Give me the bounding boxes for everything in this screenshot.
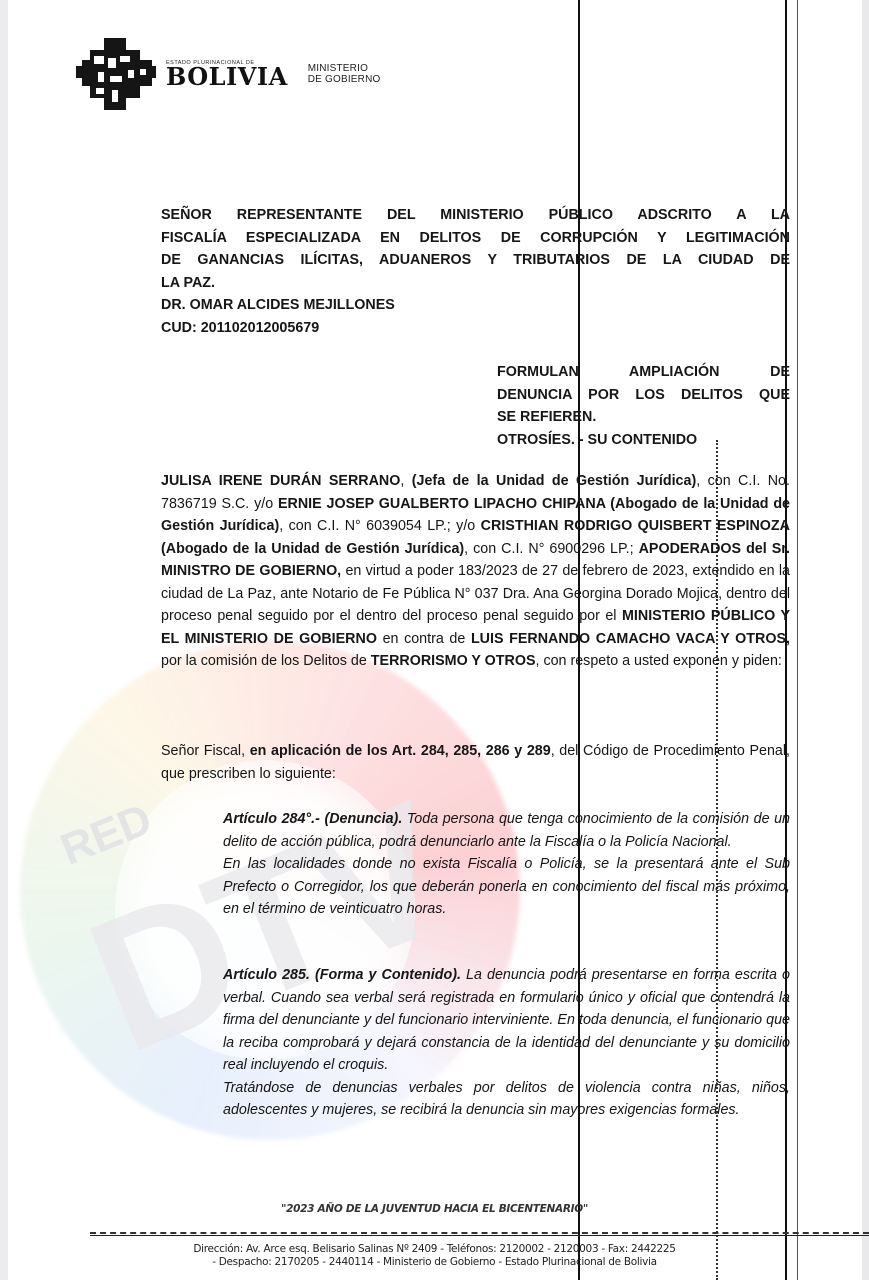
scan-border-left bbox=[0, 0, 8, 1280]
watermark-text-small: RED bbox=[54, 794, 159, 875]
complainants-paragraph: JULISA IRENE DURÁN SERRANO, (Jefa de la … bbox=[161, 470, 790, 673]
subject-summary: FORMULAN AMPLIACIÓN DE DENUNCIA POR LOS … bbox=[497, 361, 790, 451]
brand-title: BOLIVIA bbox=[166, 66, 288, 88]
addressee-line: SEÑOR REPRESENTANTE DEL MINISTERIO PÚBLI… bbox=[161, 204, 790, 227]
footer-address: Dirección: Av. Arce esq. Belisario Salin… bbox=[0, 1243, 869, 1269]
chakana-cross-icon bbox=[74, 36, 158, 112]
footer-divider bbox=[90, 1232, 869, 1234]
article-285-quote: Artículo 285. (Forma y Contenido). La de… bbox=[223, 964, 790, 1122]
legal-basis-paragraph: Señor Fiscal, en aplicación de los Art. … bbox=[161, 740, 790, 785]
article-title: Artículo 284°.- (Denuncia). bbox=[223, 811, 402, 827]
scan-border-right bbox=[862, 0, 869, 1280]
addressee-line: DE GANANCIAS ILÍCITAS, ADUANEROS Y TRIBU… bbox=[161, 249, 790, 272]
article-title: Artículo 285. (Forma y Contenido). bbox=[223, 967, 461, 983]
brand: ESTADO PLURINACIONAL DE BOLIVIA bbox=[166, 60, 288, 88]
ministry-name: MINISTERIO DE GOBIERNO bbox=[308, 63, 381, 85]
article-284-quote: Artículo 284°.- (Denuncia). Toda persona… bbox=[223, 808, 790, 921]
case-code: CUD: 201102012005679 bbox=[161, 317, 790, 340]
letterhead: ESTADO PLURINACIONAL DE BOLIVIA MINISTER… bbox=[74, 36, 381, 112]
scan-line bbox=[797, 0, 798, 1280]
addressee-name: DR. OMAR ALCIDES MEJILLONES bbox=[161, 294, 790, 317]
footer-motto: "2023 AÑO DE LA JUVENTUD HACIA EL BICENT… bbox=[0, 1203, 869, 1215]
addressee-line: LA PAZ. bbox=[161, 272, 790, 295]
addressee-line: FISCALÍA ESPECIALIZADA EN DELITOS DE COR… bbox=[161, 227, 790, 250]
addressee-block: SEÑOR REPRESENTANTE DEL MINISTERIO PÚBLI… bbox=[161, 204, 790, 339]
